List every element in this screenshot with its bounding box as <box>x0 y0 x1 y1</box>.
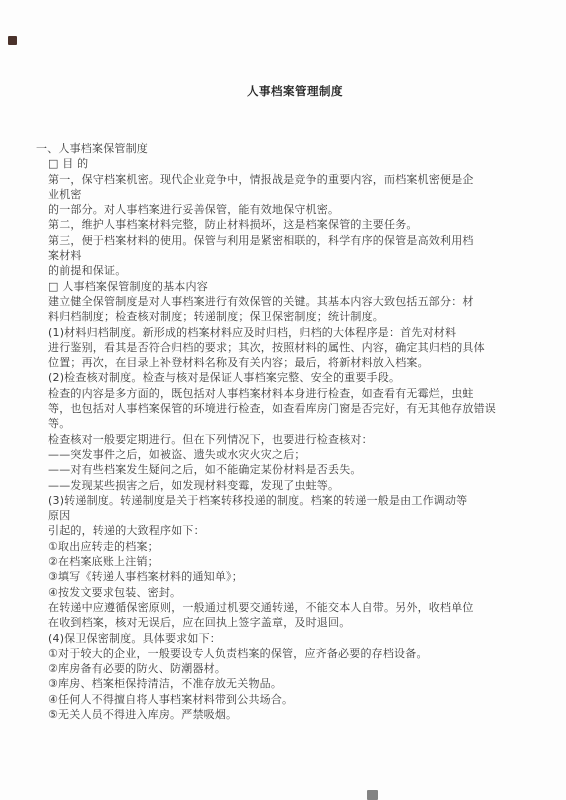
text-line: 的一部分。对人事档案进行妥善保管，能有效地保守机密。 <box>48 202 546 217</box>
text-line: (1)材料归档制度。新形成的档案材料应及时归档，归档的大体程序是：首先对材料 <box>48 325 546 340</box>
text-line: 的前提和保证。 <box>48 263 546 278</box>
text-line: ①取出应转走的档案； <box>48 539 546 554</box>
text-line: ③库房、档案柜保持清洁，不准存放无关物品。 <box>48 676 546 691</box>
text-line: 等。 <box>48 416 546 431</box>
corner-mark-bottom <box>367 790 378 800</box>
corner-mark-top <box>8 36 17 45</box>
text-line: 第三，便于档案材料的使用。保管与利用是紧密相联的，科学有序的保管是高效利用档 <box>48 233 546 248</box>
text-line: ——对有些档案发生疑问之后，如不能确定某份材料是否丢失。 <box>48 462 546 477</box>
text-line: 等，也包括对人事档案保管的环境进行检查，如查看库房门窗是否完好，有无其他存放错误 <box>48 401 546 416</box>
text-line: 检查的内容是多方面的，既包括对人事档案材料本身进行检查，如查看有无霉烂，虫蛀 <box>48 386 546 401</box>
text-line: 一、人事档案保管制度 <box>36 141 546 156</box>
text-line: ③填写《转递人事档案材料的通知单》； <box>48 569 546 584</box>
text-line: ②在档案底账上注销； <box>48 554 546 569</box>
text-line: (2)检查核对制度。检查与核对是保证人事档案完整、安全的重要手段。 <box>48 370 546 385</box>
text-line: 在收到档案，核对无误后，应在回执上签字盖章，及时退回。 <box>48 615 546 630</box>
text-line: 进行鉴别，看其是否符合归档的要求；其次，按照材料的属性、内容，确定其归档的具体 <box>48 340 546 355</box>
text-line: 建立健全保管制度是对人事档案进行有效保管的关键。其基本内容大致包括五部分：材 <box>48 294 546 309</box>
text-line: 第二，维护人事档案材料完整，防止材料损坏，这是档案保管的主要任务。 <box>48 217 546 232</box>
text-line: 第一，保守档案机密。现代企业竞争中，情报战是竞争的重要内容，而档案机密便是企 <box>48 172 546 187</box>
text-line: ——突发事件之后，如被盗、遗失或水灾火灾之后； <box>48 447 546 462</box>
text-line: 引起的，转递的大致程序如下： <box>48 523 546 538</box>
text-line: 位置；再次，在目录上补登材料名称及有关内容；最后，将新材料放入档案。 <box>48 355 546 370</box>
text-line: (3)转递制度。转递制度是关于档案转移投递的制度。档案的转递一般是由工作调动等 <box>48 493 546 508</box>
text-line: ②库房备有必要的防火、防潮器材。 <box>48 661 546 676</box>
text-line: ——发现某些损害之后，如发现材料变霉，发现了虫蛀等。 <box>48 478 546 493</box>
text-line: (4)保卫保密制度。具体要求如下： <box>48 631 546 646</box>
text-line: 检查核对一般要定期进行。但在下列情况下，也要进行检查核对： <box>48 432 546 447</box>
text-line: □ 目 的 <box>48 156 546 171</box>
text-line: ④按发文要求包装、密封。 <box>48 585 546 600</box>
text-line: 业机密 <box>48 187 546 202</box>
document-title: 人事档案管理制度 <box>0 83 566 99</box>
document-body: 一、人事档案保管制度□ 目 的第一，保守档案机密。现代企业竞争中，情报战是竞争的… <box>36 141 546 722</box>
text-line: 在转递中应遵循保密原则，一般通过机要交通转递，不能交本人自带。另外，收档单位 <box>48 600 546 615</box>
text-line: □ 人事档案保管制度的基本内容 <box>48 279 546 294</box>
text-line: ①对于较大的企业，一般要设专人负责档案的保管，应齐备必要的存档设备。 <box>48 646 546 661</box>
text-line: 案材料 <box>48 248 546 263</box>
document-page: 人事档案管理制度 一、人事档案保管制度□ 目 的第一，保守档案机密。现代企业竞争… <box>0 0 566 800</box>
text-line: ⑤无关人员不得进入库房。严禁吸烟。 <box>48 707 546 722</box>
text-line: 原因 <box>48 508 546 523</box>
text-line: 料归档制度；检查核对制度；转递制度；保卫保密制度；统计制度。 <box>48 309 546 324</box>
text-line: ④任何人不得擅自将人事档案材料带到公共场合。 <box>48 692 546 707</box>
